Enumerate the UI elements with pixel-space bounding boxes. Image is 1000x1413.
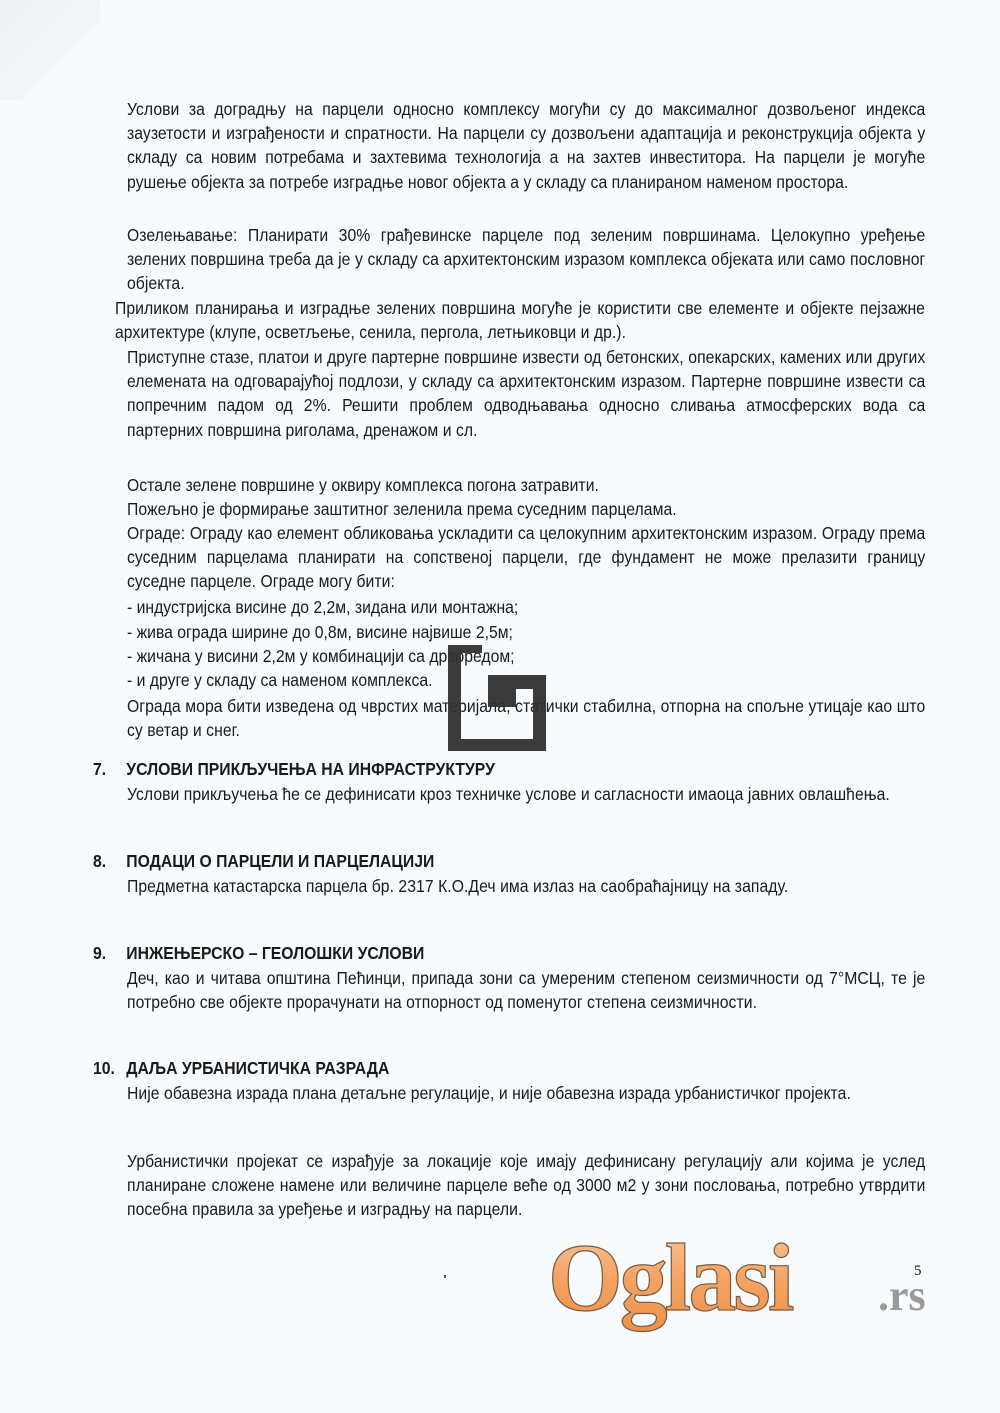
paragraph-no-detailed-plan: Није обавезна израда плана детаљне регул…: [127, 1081, 925, 1105]
paragraph-urban-project: Урбанистички пројекат се израђује за лок…: [127, 1149, 925, 1222]
oglasi-rs-logo-icon: Oglasi .rs: [548, 1228, 958, 1338]
fence-type-item: - индустријска висине до 2,2м, зидана ил…: [127, 595, 518, 619]
paragraph-access-paths: Приступне стазе, платои и друге партерне…: [127, 345, 925, 442]
paragraph-infrastructure: Услови прикључења ће се дефинисати кроз …: [127, 782, 925, 806]
paragraph-extension-conditions: Услови за доградњу на парцели односно ко…: [127, 97, 925, 194]
fence-type-item: - жива ограда ширине до 0,8м, висине нај…: [127, 620, 513, 644]
section-heading-10: 10.ДАЉА УРБАНИСТИЧКА РАЗРАДА: [93, 1056, 389, 1080]
fence-type-item: - и друге у складу са наменом комплекса.: [127, 668, 432, 692]
section-number: 8.: [93, 849, 126, 873]
section-heading-9: 9.ИНЖЕЊЕРСКО – ГЕОЛОШКИ УСЛОВИ: [93, 941, 424, 965]
section-title: ИНЖЕЊЕРСКО – ГЕОЛОШКИ УСЛОВИ: [126, 943, 424, 963]
paragraph-landscape-elements: Приликом планирања и изградње зелених по…: [115, 296, 925, 344]
paragraph-protective-green: Пожељно је формирање заштитног зеленила …: [127, 497, 925, 521]
document-page: Услови за доградњу на парцели односно ко…: [0, 0, 1000, 1413]
paragraph-seismic: Деч, као и читава општина Пећинци, припа…: [127, 966, 925, 1014]
section-number: 9.: [93, 941, 126, 965]
svg-text:Oglasi: Oglasi: [548, 1228, 794, 1331]
section-number: 10.: [93, 1056, 126, 1080]
section-title: ДАЉА УРБАНИСТИЧКА РАЗРАДА: [126, 1058, 389, 1078]
page-number: 5: [914, 1263, 922, 1280]
fence-type-item: - жичана у висини 2,2м у комбинацији са …: [127, 644, 515, 668]
paragraph-fences: Ограде: Ограду као елемент обликовања ус…: [127, 521, 925, 594]
scan-speck: [444, 1275, 446, 1278]
paragraph-parcel-data: Предметна катастарска парцела бр. 2317 К…: [127, 874, 925, 898]
section-title: УСЛОВИ ПРИКЉУЧЕЊА НА ИНФРАСТРУКТУРУ: [126, 759, 495, 779]
paragraph-fence-material: Ограда мора бити изведена од чврстих мат…: [127, 694, 925, 742]
paragraph-other-green: Остале зелене површине у оквиру комплекс…: [127, 473, 925, 497]
section-number: 7.: [93, 757, 126, 781]
section-title: ПОДАЦИ О ПАРЦЕЛИ И ПАРЦЕЛАЦИЈИ: [126, 851, 434, 871]
section-heading-8: 8.ПОДАЦИ О ПАРЦЕЛИ И ПАРЦЕЛАЦИЈИ: [93, 849, 434, 873]
section-heading-7: 7.УСЛОВИ ПРИКЉУЧЕЊА НА ИНФРАСТРУКТУРУ: [93, 757, 495, 781]
paragraph-greening: Озелењавање: Планирати 30% грађевинске п…: [127, 223, 925, 296]
